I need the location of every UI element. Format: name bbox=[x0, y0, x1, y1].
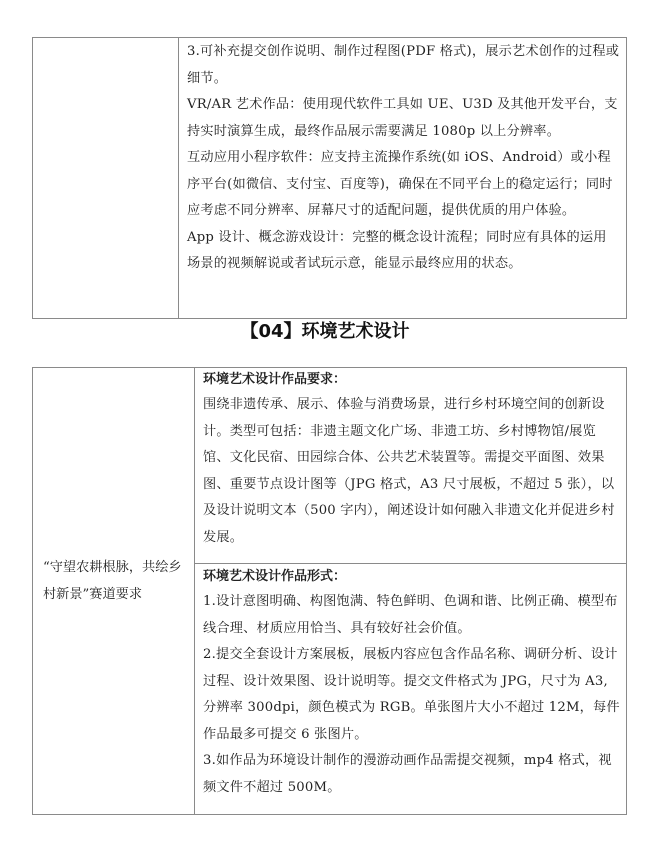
requirements-body: 围绕非遗传承、展示、体验与消费场景，进行乡村环境空间的创新设计。类型可包括：非遗… bbox=[195, 392, 626, 551]
bottom-table: “守望农耕根脉，共绘乡村新景”赛道要求 环境艺术设计作品要求： 围绕非遗传承、展… bbox=[32, 367, 627, 815]
paragraph-supplement: 3.可补充提交创作说明、制作过程图(PDF 格式)，展示艺术创作的过程或细节。 bbox=[179, 39, 626, 92]
top-table-left-cell bbox=[33, 38, 179, 318]
section-title: 【04】环境艺术设计 bbox=[0, 318, 650, 346]
format-heading: 环境艺术设计作品形式： bbox=[195, 565, 626, 589]
top-table: 3.可补充提交创作说明、制作过程图(PDF 格式)，展示艺术创作的过程或细节。 … bbox=[32, 37, 627, 319]
row-divider bbox=[195, 563, 626, 564]
paragraph-interactive-app: 互动应用小程序软件：应支持主流操作系统(如 iOS、Android）或小程序平台… bbox=[179, 145, 626, 225]
format-item-1: 1.设计意图明确、构图饱满、特色鲜明、色调和谐、比例正确、模型布线合理、材质应用… bbox=[195, 589, 626, 642]
paragraph-vr-ar: VR/AR 艺术作品：使用现代软件工具如 UE、U3D 及其他开发平台，支持实时… bbox=[179, 92, 626, 145]
top-table-right-cell: 3.可补充提交创作说明、制作过程图(PDF 格式)，展示艺术创作的过程或细节。 … bbox=[179, 38, 626, 318]
format-item-3: 3.如作品为环境设计制作的漫游动画作品需提交视频，mp4 格式，视频文件不超过 … bbox=[195, 748, 626, 801]
track-label: “守望农耕根脉，共绘乡村新景”赛道要求 bbox=[33, 554, 194, 608]
track-label-cell: “守望农耕根脉，共绘乡村新景”赛道要求 bbox=[33, 368, 195, 814]
bottom-table-right-column: 环境艺术设计作品要求： 围绕非遗传承、展示、体验与消费场景，进行乡村环境空间的创… bbox=[195, 368, 626, 814]
format-item-2: 2.提交全套设计方案展板，展板内容应包含作品名称、调研分析、设计过程、设计效果图… bbox=[195, 642, 626, 748]
requirements-heading: 环境艺术设计作品要求： bbox=[195, 368, 626, 392]
requirements-cell: 环境艺术设计作品要求： 围绕非遗传承、展示、体验与消费场景，进行乡村环境空间的创… bbox=[195, 368, 626, 562]
format-cell: 环境艺术设计作品形式： 1.设计意图明确、构图饱满、特色鲜明、色调和谐、比例正确… bbox=[195, 565, 626, 801]
paragraph-app-game-design: App 设计、概念游戏设计：完整的概念设计流程；同时应有具体的运用场景的视频解说… bbox=[179, 225, 626, 278]
